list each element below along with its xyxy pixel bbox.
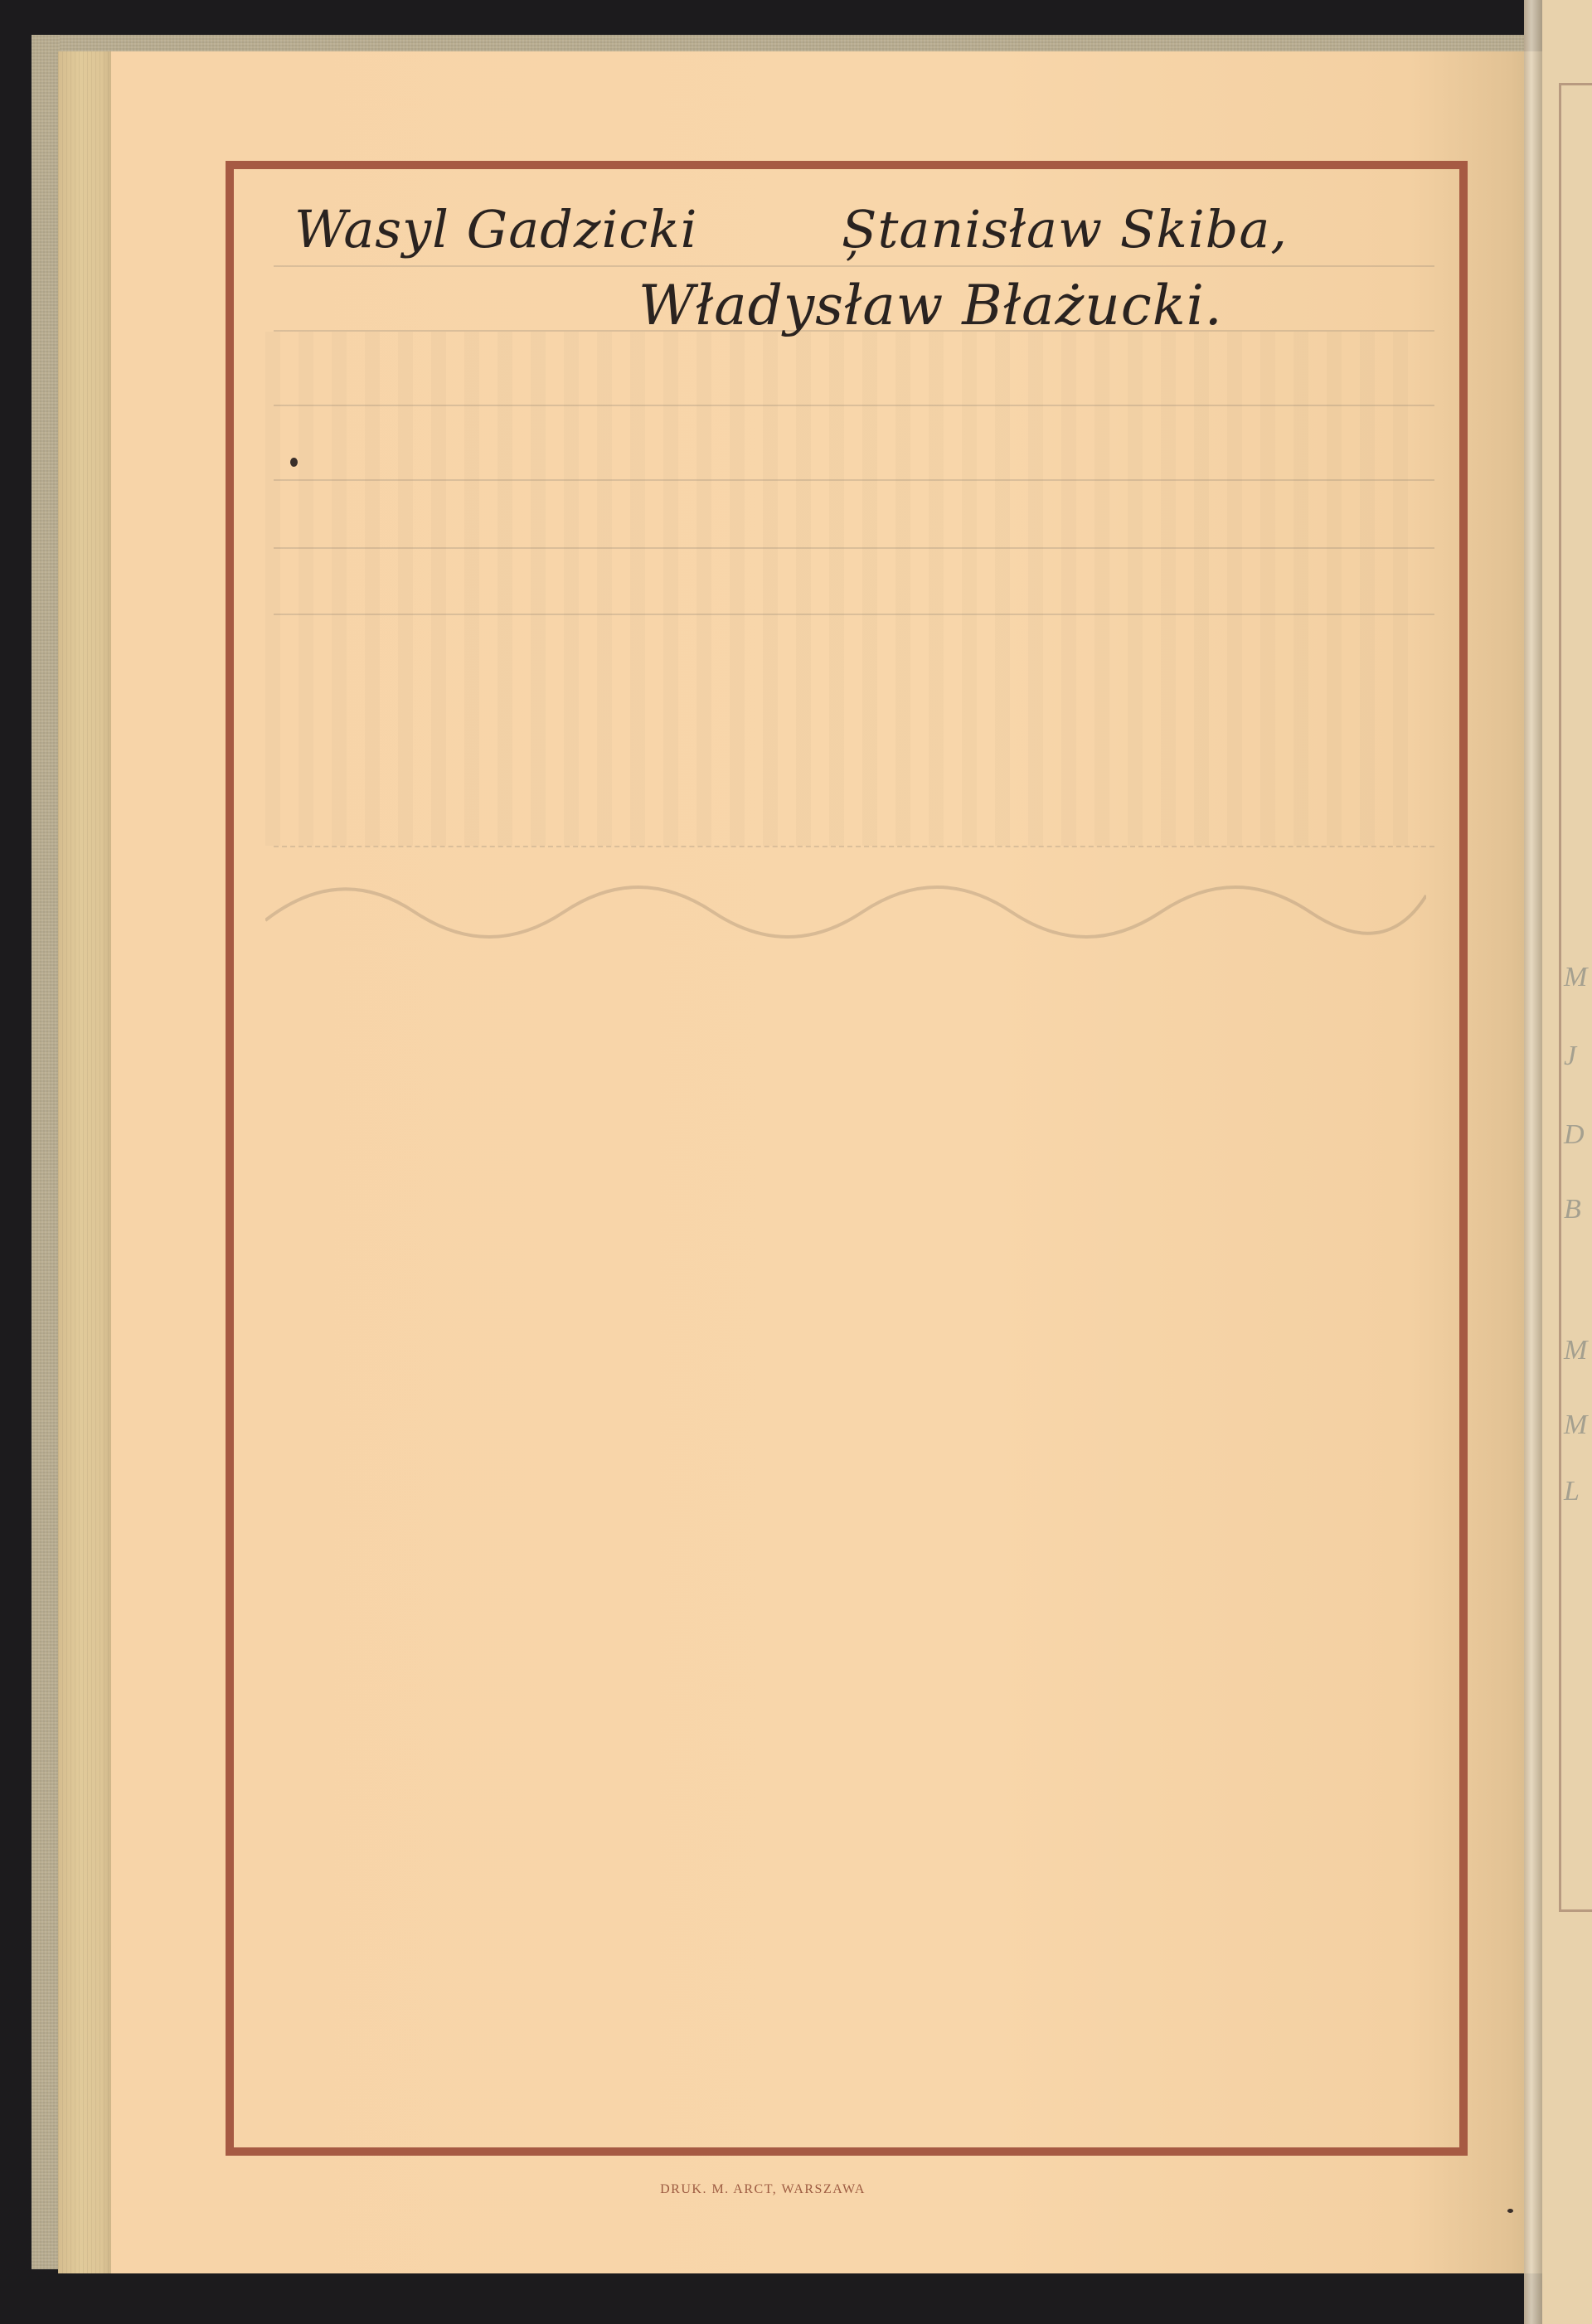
book-gutter: [1524, 0, 1542, 2324]
signature-wladyslaw-blazucki: Władysław Błażucki.: [638, 274, 1223, 337]
facing-page-glyph: D: [1564, 1119, 1585, 1151]
book-cover-cloth-left: [32, 35, 60, 2269]
ruled-line: [274, 405, 1434, 406]
signature-wasyl-gadzicki: Wasyl Gadzicki: [294, 199, 697, 260]
ruled-line: [274, 846, 1434, 847]
facing-page-glyph: M: [1564, 1409, 1587, 1441]
ruled-line: [274, 265, 1434, 267]
bleed-through-texture: [265, 332, 1426, 846]
printer-imprint-text: DRUK. M. ARCT, WARSZAWA: [660, 2182, 866, 2197]
facing-page-glyph: B: [1564, 1194, 1581, 1225]
ink-spot: [290, 458, 298, 467]
ink-spot: [1507, 2209, 1513, 2213]
ruled-line: [274, 479, 1434, 481]
ruled-line: [274, 614, 1434, 615]
facing-page-glyph: M: [1564, 962, 1587, 993]
facing-page-glyph: J: [1564, 1041, 1576, 1072]
signature-stanislaw-skiba: Stanisław Skiba,: [842, 199, 1288, 260]
bleed-through-wave-ornament: [265, 862, 1426, 945]
facing-page-frame: [1559, 83, 1592, 1912]
page-block-edges: [58, 51, 113, 2273]
printer-imprint: DRUK. M. ARCT, WARSZAWA: [0, 2182, 1592, 2197]
ruled-line: [274, 547, 1434, 549]
facing-page-glyph: L: [1564, 1476, 1580, 1507]
facing-page: M J D B M M L: [1542, 0, 1592, 2324]
facing-page-glyph: M: [1564, 1335, 1587, 1366]
